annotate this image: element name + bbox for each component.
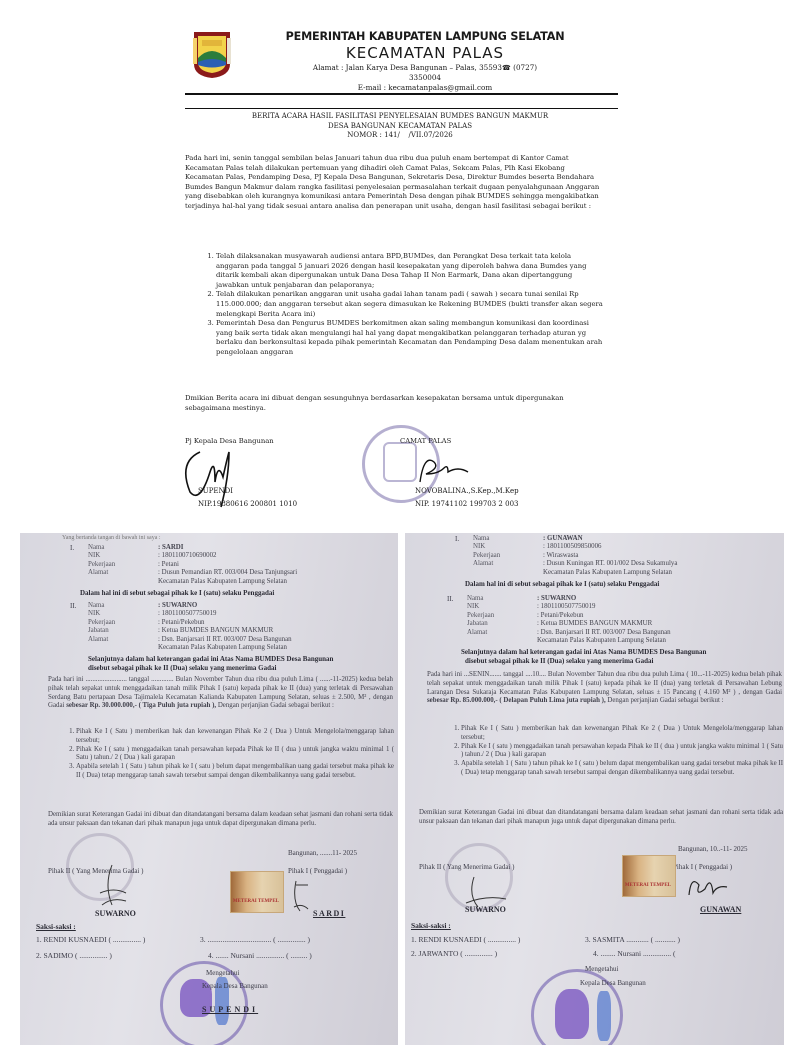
party1-nik: : 1801100710690002 xyxy=(158,552,217,560)
witness-heading: Saksi-saksi : xyxy=(36,922,76,931)
right-signatory-name: NOVOBALINA.,S.Kep.,M.Kep xyxy=(415,487,519,495)
right-signatory-nip: NIP. 19741102 199703 2 003 xyxy=(415,500,518,508)
party2-numeral: II. xyxy=(447,595,453,604)
terms-list: Pihak Ke I ( Satu ) memberikan hak dan k… xyxy=(64,728,394,781)
revenue-stamp-icon: METERAI TEMPEL xyxy=(230,871,284,913)
right-signatory-role: CAMAT PALAS xyxy=(400,437,451,445)
signature-gunawan-icon xyxy=(685,871,735,901)
intro-line: Yang bertanda tangan di bawah ini saya : xyxy=(62,534,161,543)
pawn-agreement-photo-gunawan: I. Nama: GUNAWAN NIK: 1801100509850006 P… xyxy=(405,533,784,1045)
party1-name: : SARDI xyxy=(158,544,183,552)
letterhead: PEMERINTAH KABUPATEN LAMPUNG SELATAN KEC… xyxy=(180,22,620,96)
witness-4: 4. ....... Nursani ............... ( ...… xyxy=(208,951,312,960)
acknowledge-label: Mengetahui xyxy=(206,969,239,978)
party2-signed-name: SUWARNO xyxy=(95,909,136,918)
office-address: Alamat : Jalan Karya Desa Bangunan – Pal… xyxy=(240,63,610,72)
closing-paragraph: Demikian surat Keterangan Gadai ini dibu… xyxy=(48,811,393,829)
terms-list: Pihak Ke I ( Satu ) memberikan hak dan k… xyxy=(449,725,783,778)
title-divider xyxy=(185,108,618,109)
party1-role: Dalam hal ini di sebut sebagai pihak ke … xyxy=(80,589,274,598)
party2-role-line1: Selanjutnya dalam hal keterangan gadai i… xyxy=(88,655,333,664)
witness-2: 2. SADIMO ( ............... ) xyxy=(36,951,112,960)
witness-2: 2. JARWANTO ( ............... ) xyxy=(411,949,497,958)
party2-signature-label: Pihak II ( Yang Menerima Gadai ) xyxy=(419,863,514,872)
document-title: BERITA ACARA HASIL FASILITASI PENYELESAI… xyxy=(180,112,620,141)
place-date: Bangunan, .......11- 2025 xyxy=(288,849,357,858)
party1-numeral: I. xyxy=(70,544,74,553)
witness-4: 4. ........ Nursani ............... ( xyxy=(593,949,676,958)
closing-paragraph: Dmikian Berita acara ini dibuat dengan s… xyxy=(185,394,605,413)
party2-numeral: II. xyxy=(70,602,76,611)
result-item: Telah dilaksanakan musyawarah audiensi a… xyxy=(216,252,603,290)
party1-name: : GUNAWAN xyxy=(543,535,583,543)
title-line-2: DESA BANGUNAN KECAMATAN PALAS xyxy=(180,122,620,132)
acknowledge-role: Kepala Desa Bangunan xyxy=(580,979,646,988)
office-email: E-mail : kecamatanpalas@gmail.com xyxy=(240,83,610,92)
term-item: Pihak Ke I ( satu ) menggadaikan tanah p… xyxy=(76,746,394,764)
letterhead-divider xyxy=(185,93,618,95)
district-name: KECAMATAN PALAS xyxy=(240,44,610,62)
signature-ink-icon xyxy=(597,991,611,1041)
party2-signed-name: SUWARNO xyxy=(465,905,506,914)
result-item: Telah dilakukan penarikan anggaran unit … xyxy=(216,290,603,319)
witness-1: 1. RENDI KUSNAEDI ( ............... ) xyxy=(36,935,145,944)
party2-role-line2: disebut sebagai pihak ke II (Dua) selaku… xyxy=(88,664,276,673)
pawn-agreement-photo-sardi: Yang bertanda tangan di bawah ini saya :… xyxy=(20,533,398,1045)
document-number: NOMOR : 141/ /VII.07/2026 xyxy=(180,131,620,141)
agreement-paragraph: Pada hari ini ...SENIN....... tanggal ..… xyxy=(427,671,782,706)
left-signatory-name: SUPENDI xyxy=(198,487,233,495)
acknowledge-role: Kepala Desa Bangunan xyxy=(202,982,268,991)
term-item: Apabila setelah 1 ( Satu ) tahun pihak k… xyxy=(461,760,783,778)
pawn-amount: sebesar Rp. 85.000.000,- ( Delapan Puluh… xyxy=(427,697,606,704)
berita-acara-letter: PEMERINTAH KABUPATEN LAMPUNG SELATAN KEC… xyxy=(180,22,620,522)
term-item: Apabila setelah 1 ( Satu ) tahun pihak k… xyxy=(76,763,394,781)
revenue-stamp-icon: METERAI TEMPEL xyxy=(622,855,676,897)
party2-role-line1: Selanjutnya dalam hal keterangan gadai i… xyxy=(461,648,706,657)
term-item: Pihak Ke I ( Satu ) memberikan hak dan k… xyxy=(76,728,394,746)
pawn-amount: sebesar Rp. 30.000.000,- ( Tiga Puluh ju… xyxy=(66,702,216,709)
party1-role: Dalam hal ini di sebut sebagai pihak ke … xyxy=(465,580,659,589)
opening-paragraph: Pada hari ini, senin tanggal sembilan be… xyxy=(185,154,605,212)
party2-name: : SUWARNO xyxy=(537,595,576,603)
government-name: PEMERINTAH KABUPATEN LAMPUNG SELATAN xyxy=(240,30,610,43)
witness-heading: Saksi-saksi : xyxy=(411,921,451,930)
results-list: Telah dilaksanakan musyawarah audiensi a… xyxy=(198,252,603,358)
closing-paragraph: Demikian surat Keterangan Gadai ini dibu… xyxy=(419,809,783,827)
party2-fields: Nama: SUWARNO NIK: 1801100507750019 Peke… xyxy=(467,595,767,645)
place-date: Bangunan, 10..-11- 2025 xyxy=(678,845,748,854)
party1-signature-label: Pihak I ( Penggadai ) xyxy=(288,867,347,876)
party2-role-line2: disebut sebagai pihak ke II (Dua) selaku… xyxy=(465,657,653,666)
party1-fields: Nama: GUNAWAN NIK: 1801100509850006 Peke… xyxy=(473,535,773,577)
left-signatory-nip: NIP.19880616 200801 1010 xyxy=(198,500,297,508)
acknowledge-label: Mengetahui xyxy=(585,965,618,974)
witness-3: 3. .................................. ( … xyxy=(200,935,310,944)
party2-fields: Nama: SUWARNO NIK: 1801100507750019 Peke… xyxy=(88,602,388,652)
stamp-emblem-icon xyxy=(555,989,589,1039)
term-item: Pihak Ke I ( Satu ) memberikan hak dan k… xyxy=(461,725,783,743)
signature-suwarno-icon xyxy=(90,863,140,913)
party1-numeral: I. xyxy=(455,535,459,544)
result-item: Pemerintah Desa dan Pengurus BUMDES berk… xyxy=(216,319,603,357)
party2-name: : SUWARNO xyxy=(158,602,197,610)
title-line-1: BERITA ACARA HASIL FASILITASI PENYELESAI… xyxy=(180,112,620,122)
signature-camat-icon xyxy=(412,452,482,492)
lampung-selatan-emblem-icon xyxy=(190,28,234,80)
party1-signed-name: GUNAWAN xyxy=(700,905,741,914)
office-phone: 3350004 xyxy=(240,73,610,82)
witness-3: 3. SASMITA ............ ( ........... ) xyxy=(585,935,680,944)
party1-fields: Nama: SARDI NIK: 1801100710690002 Pekerj… xyxy=(88,544,388,586)
witness-1: 1. RENDI KUSNAEDI ( ............... ) xyxy=(411,935,520,944)
party1-signed-name: SARDI xyxy=(313,909,345,918)
acknowledge-name: SUPENDI xyxy=(202,1005,258,1014)
agreement-paragraph: Pada hari ini ........................ t… xyxy=(48,676,393,711)
term-item: Pihak Ke I ( satu ) menggadaikan tanah p… xyxy=(461,743,783,761)
